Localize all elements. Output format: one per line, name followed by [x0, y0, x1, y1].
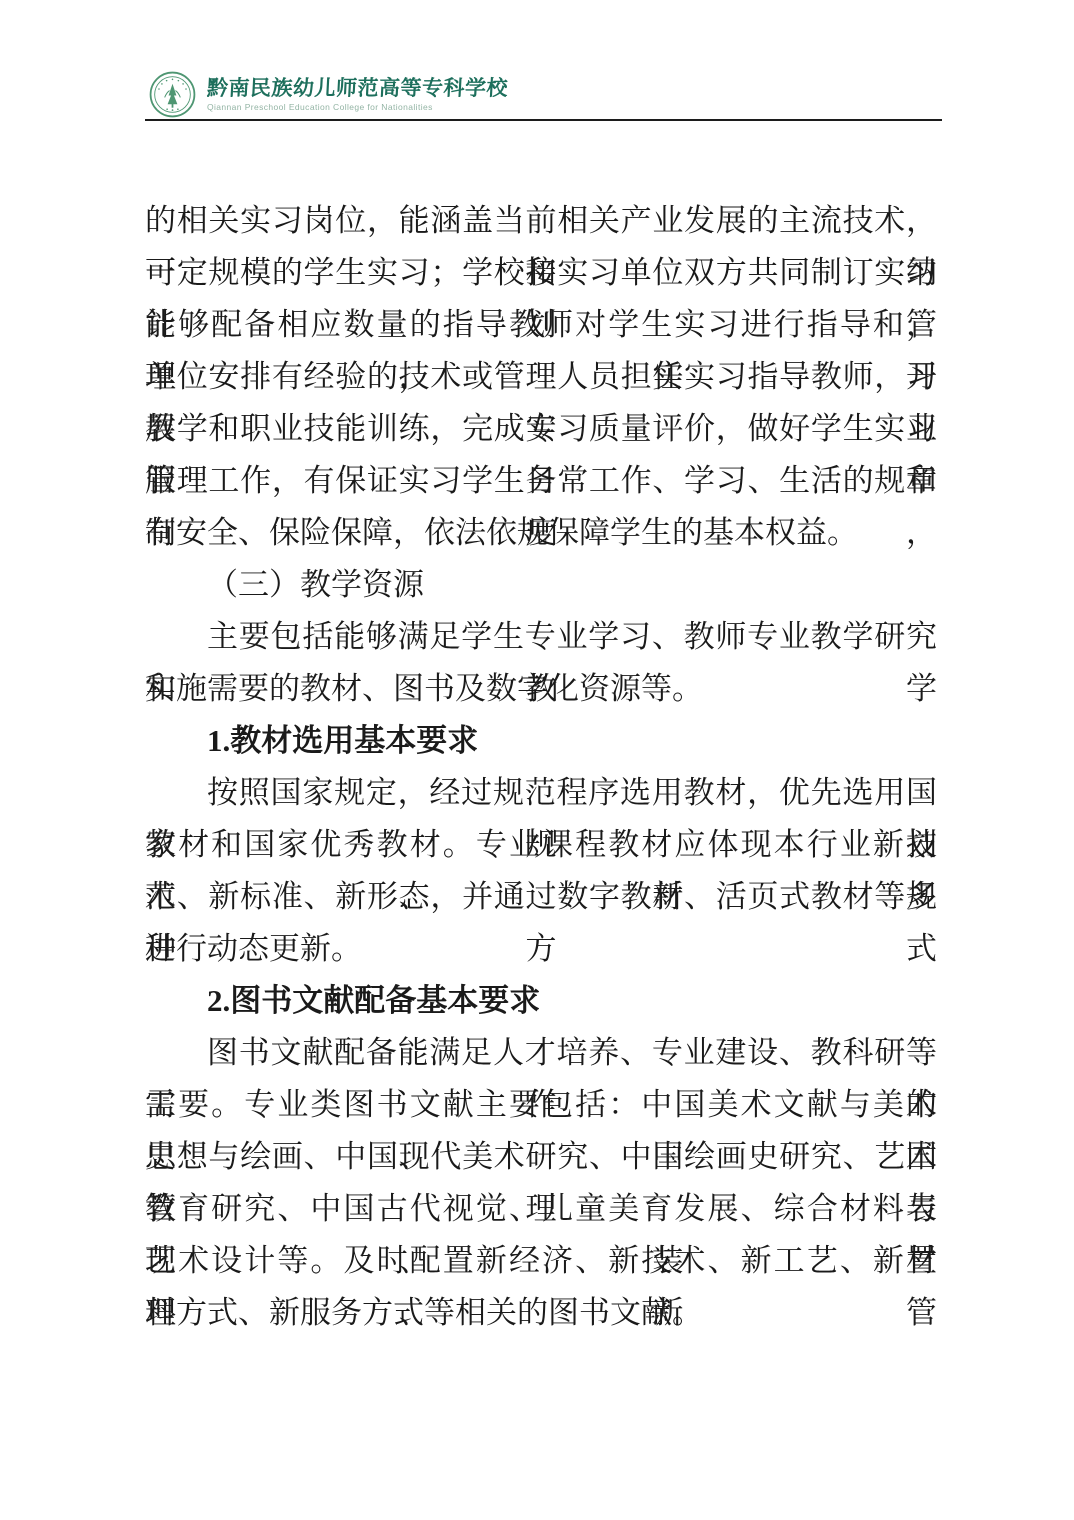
text-line: 单位安排有经验的技术或管理人员担任实习指导教师，开展专业 — [145, 351, 937, 403]
text-line: 图书文献配备能满足人才培养、专业建设、教科研等工作的 — [145, 1027, 937, 1079]
document-text: 的相关实习岗位，能涵盖当前相关产业发展的主流技术，可接纳一定规模的学生实习；学校… — [145, 195, 937, 1339]
text-line: 一定规模的学生实习；学校和实习单位双方共同制订实习计划， — [145, 247, 937, 299]
school-logo: 黔南民族幼儿师范高等专科学校 Qiannan Preschool Educati… — [149, 71, 508, 118]
text-line: 有安全、保险保障，依法依规保障学生的基本权益。 — [145, 507, 937, 559]
text-line: 需要。专业类图书文献主要包括：中国美术文献与美术史、中国 — [145, 1079, 937, 1131]
text-line: 教育研究、中国古代视觉、儿童美育发展、综合材料表现、装置 — [145, 1183, 937, 1235]
text-line: 1.教材选用基本要求 — [145, 715, 937, 767]
school-name-block: 黔南民族幼儿师范高等专科学校 Qiannan Preschool Educati… — [207, 71, 508, 112]
school-name-chinese: 黔南民族幼儿师范高等专科学校 — [206, 76, 508, 100]
text-line: 按照国家规定，经过规范程序选用教材，优先选用国家规划 — [145, 767, 937, 819]
text-line: 管理工作，有保证实习学生日常工作、学习、生活的规章制度， — [145, 455, 937, 507]
school-name-english: Qiannan Preschool Education College for … — [207, 102, 508, 112]
text-line: 的相关实习岗位，能涵盖当前相关产业发展的主流技术，可接纳 — [145, 195, 937, 247]
text-line: 教材和国家优秀教材。专业课程教材应体现本行业新技术、新规 — [145, 819, 937, 871]
header-divider-rule — [145, 119, 942, 121]
text-line: 范、新标准、新形态，并通过数字教材、活页式教材等多种方式 — [145, 871, 937, 923]
text-line: 主要包括能够满足学生专业学习、教师专业教学研究和教学 — [145, 611, 937, 663]
text-line: 思想与绘画、中国现代美术研究、中国绘画史研究、艺术管理与 — [145, 1131, 937, 1183]
document-page: 黔南民族幼儿师范高等专科学校 Qiannan Preschool Educati… — [0, 0, 1074, 1520]
text-line: 教学和职业技能训练，完成实习质量评价，做好学生实习服务和 — [145, 403, 937, 455]
text-line: 2.图书文献配备基本要求 — [145, 975, 937, 1027]
text-line: （三）教学资源 — [145, 559, 937, 611]
text-line: 能够配备相应数量的指导教师对学生实习进行指导和管理，实习 — [145, 299, 937, 351]
text-line: 艺术设计等。及时配置新经济、新技术、新工艺、新材料、新管 — [145, 1235, 937, 1287]
school-seal-icon — [149, 71, 196, 118]
